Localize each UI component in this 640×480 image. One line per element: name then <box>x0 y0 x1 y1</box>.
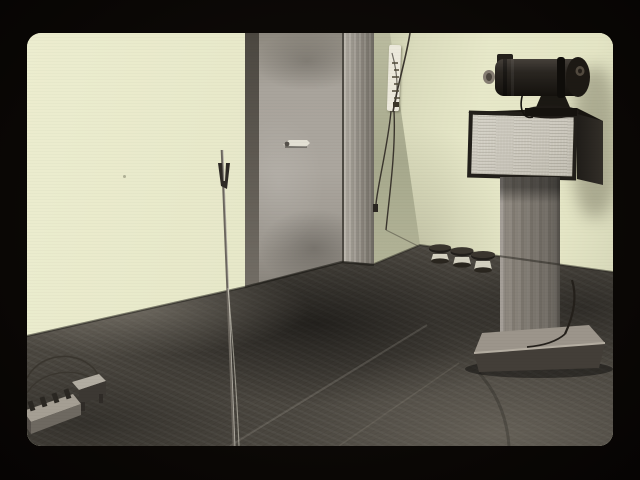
door-handle <box>283 140 310 147</box>
floor-apparatus <box>27 356 106 434</box>
bell-2 <box>451 247 474 267</box>
projector-motor-unit <box>483 54 590 119</box>
pedestal-base <box>465 280 613 378</box>
scene-overlay <box>27 33 613 446</box>
floor-seams <box>230 325 509 446</box>
wire-weight <box>373 204 378 212</box>
bell-3 <box>471 251 495 273</box>
floor-bells <box>429 244 495 272</box>
photo <box>27 33 613 446</box>
bell-1 <box>429 244 451 263</box>
baseboard-lines <box>27 245 613 336</box>
pedestal-cord <box>565 280 574 334</box>
microphone-stand <box>218 150 239 446</box>
slide-mount-border <box>0 0 640 480</box>
hanging-wires <box>373 33 418 246</box>
